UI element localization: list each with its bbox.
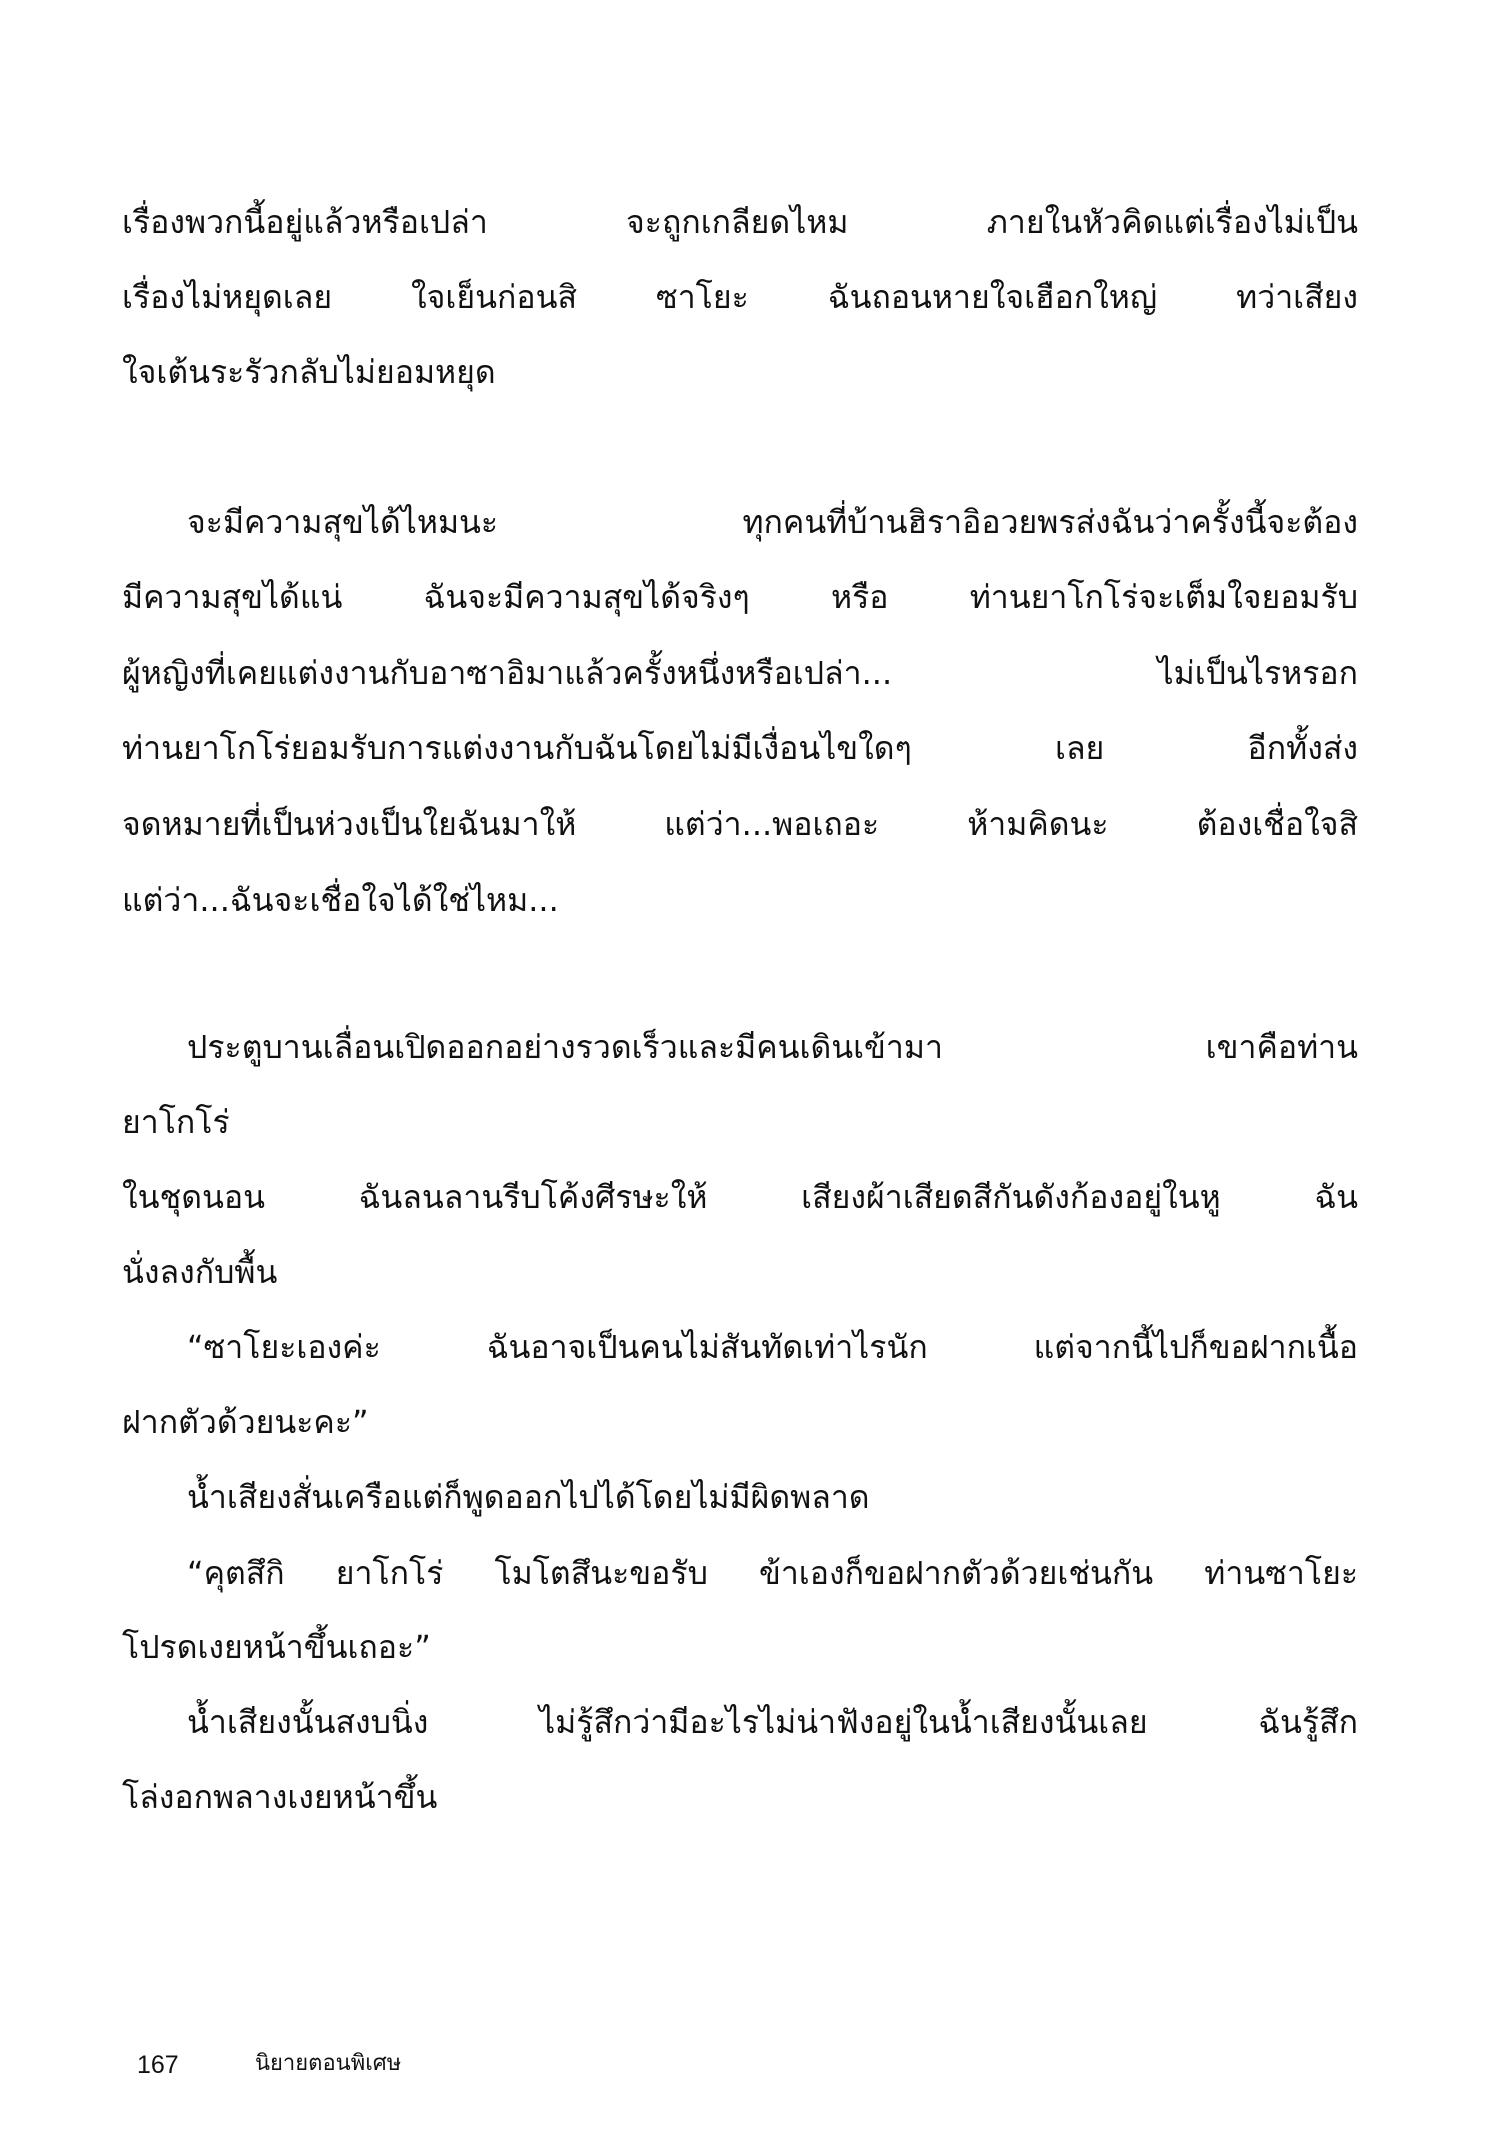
text-line: เรื่องไม่หยุดเลย ใจเย็นก่อนสิ ซาโยะ ฉันถ…: [122, 260, 1358, 335]
text-line: ท่านยาโกโร่ยอมรับการแต่งงานกับฉันโดยไม่ม…: [122, 711, 1358, 786]
text-line: จะมีความสุขได้ไหมนะ ทุกคนที่บ้านฮิราอิอว…: [187, 485, 1358, 560]
text-line: น้ำเสียงนั้นสงบนิ่ง ไม่รู้สึกว่ามีอะไรไม…: [187, 1685, 1358, 1760]
running-footer-title: นิยายตอนพิเศษ: [255, 2048, 401, 2080]
text-line: มีความสุขได้แน่ ฉันจะมีความสุขได้จริงๆ ห…: [122, 560, 1358, 635]
text-line: ยาโกโร่: [122, 1085, 1358, 1160]
book-page: เรื่องพวกนี้อยู่แล้วหรือเปล่า จะถูกเกลีย…: [0, 0, 1512, 2150]
text-line: เรื่องพวกนี้อยู่แล้วหรือเปล่า จะถูกเกลีย…: [122, 185, 1358, 260]
text-line: “ซาโยะเองค่ะ ฉันอาจเป็นคนไม่สันทัดเท่าไร…: [187, 1310, 1358, 1385]
page-number: 167: [137, 2050, 179, 2080]
text-line: แต่ว่า...ฉันจะเชื่อใจได้ใช่ไหม...: [122, 863, 1358, 938]
text-line: ในชุดนอน ฉันลนลานรีบโค้งศีรษะให้ เสียงผ้…: [122, 1160, 1358, 1235]
text-line: ประตูบานเลื่อนเปิดออกอย่างรวดเร็วและมีคน…: [187, 1010, 1358, 1085]
text-line: จดหมายที่เป็นห่วงเป็นใยฉันมาให้ แต่ว่า..…: [122, 787, 1358, 862]
text-line: โปรดเงยหน้าขึ้นเถอะ”: [122, 1610, 1358, 1685]
text-line: โล่งอกพลางเงยหน้าขึ้น: [122, 1760, 1358, 1835]
text-line: ใจเต้นระรัวกลับไม่ยอมหยุด: [122, 335, 1358, 410]
text-line: นั่งลงกับพื้น: [122, 1235, 1358, 1310]
text-line: น้ำเสียงสั่นเครือแต่ก็พูดออกไปได้โดยไม่ม…: [187, 1460, 1358, 1535]
text-line: ฝากตัวด้วยนะคะ”: [122, 1385, 1358, 1460]
text-line: “คุตสึกิ ยาโกโร่ โมโตสึนะขอรับ ข้าเองก็ข…: [187, 1536, 1358, 1611]
text-line: ผู้หญิงที่เคยแต่งงานกับอาซาอิมาแล้วครั้ง…: [122, 636, 1358, 711]
